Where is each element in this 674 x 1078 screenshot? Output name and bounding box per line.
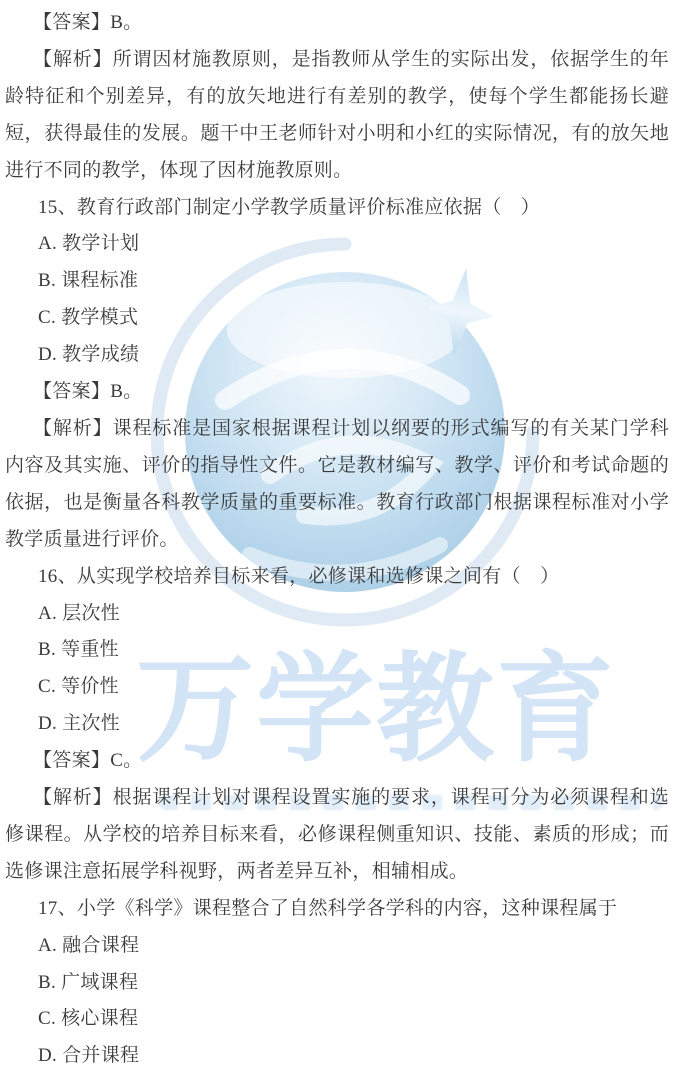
q17-option-d: D. 合并课程	[0, 1038, 674, 1075]
q16-option-b: B. 等重性	[0, 632, 674, 669]
q15-option-c: C. 教学模式	[0, 300, 674, 337]
analysis-q16: 【解析】根据课程计划对课程设置实施的要求，课程可分为必须课程和选修课程。从学校的…	[0, 780, 674, 891]
q15-option-d: D. 教学成绩	[0, 337, 674, 374]
question-16-stem: 16、从实现学校培养目标来看，必修课和选修课之间有（ ）	[0, 559, 674, 596]
q16-option-a: A. 层次性	[0, 596, 674, 633]
question-15-stem: 15、教育行政部门制定小学教学质量评价标准应依据（ ）	[0, 190, 674, 227]
answer-line-q15: 【答案】B。	[0, 374, 674, 411]
answer-line-q16: 【答案】C。	[0, 743, 674, 780]
question-17-stem: 17、小学《科学》课程整合了自然科学各学科的内容，这种课程属于	[0, 891, 674, 928]
q17-option-c: C. 核心课程	[0, 1001, 674, 1038]
q16-option-c: C. 等价性	[0, 669, 674, 706]
analysis-q14: 【解析】所谓因材施教原则，是指教师从学生的实际出发，依据学生的年龄特征和个别差异…	[0, 42, 674, 190]
document-page: 万学教育 【答案】B。 【解析】所谓因材施教原则，是指教师从学生的实际出发，依据…	[0, 0, 674, 1078]
analysis-q15: 【解析】课程标准是国家根据课程计划以纲要的形式编写的有关某门学科内容及其实施、评…	[0, 411, 674, 559]
q15-option-a: A. 教学计划	[0, 226, 674, 263]
q15-option-b: B. 课程标准	[0, 263, 674, 300]
answer-line-q14: 【答案】B。	[0, 5, 674, 42]
q16-option-d: D. 主次性	[0, 706, 674, 743]
q17-option-b: B. 广域课程	[0, 965, 674, 1002]
q17-option-a: A. 融合课程	[0, 928, 674, 965]
document-content: 【答案】B。 【解析】所谓因材施教原则，是指教师从学生的实际出发，依据学生的年龄…	[0, 0, 674, 1078]
